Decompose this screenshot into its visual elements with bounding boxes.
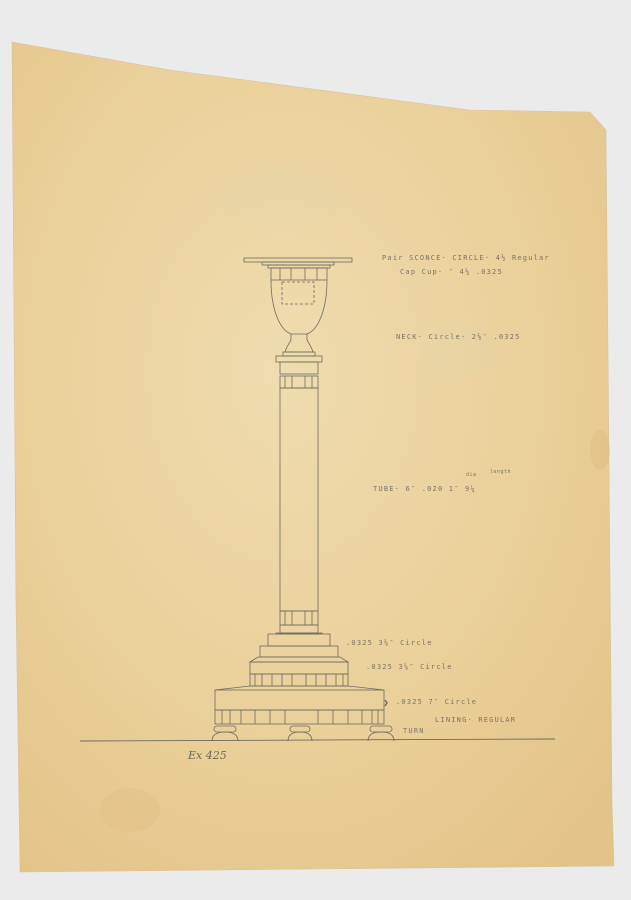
annotation-tube-dia-header: dia xyxy=(466,472,477,478)
drawing-sheet xyxy=(0,0,631,900)
catalog-mark: Ex 425 xyxy=(188,749,227,762)
annotation-turn: TURN xyxy=(403,727,425,735)
annotation-tier2: .0325 3⅝″ Circle xyxy=(366,663,453,671)
annotation-tube-length-header: length xyxy=(490,469,511,475)
annotation-top-line2: Cap Cup· ″ 4½ .0325 xyxy=(400,268,503,276)
annotation-tier1: .0325 3⅛″ Circle xyxy=(346,639,433,647)
annotation-lining: LINING· REGULAR xyxy=(435,716,516,724)
annotation-top-line1: Pair SCONCE· CIRCLE· 4½ Regular xyxy=(382,254,550,262)
annotation-neck: NECK· Circle· 2⅛″ .0325 xyxy=(396,333,521,341)
annotation-tier3: .0325 7″ Circle xyxy=(396,698,477,706)
paper xyxy=(12,42,614,872)
annotation-tube: TUBE· 6″ .020 1″ 9¼ xyxy=(373,485,476,493)
